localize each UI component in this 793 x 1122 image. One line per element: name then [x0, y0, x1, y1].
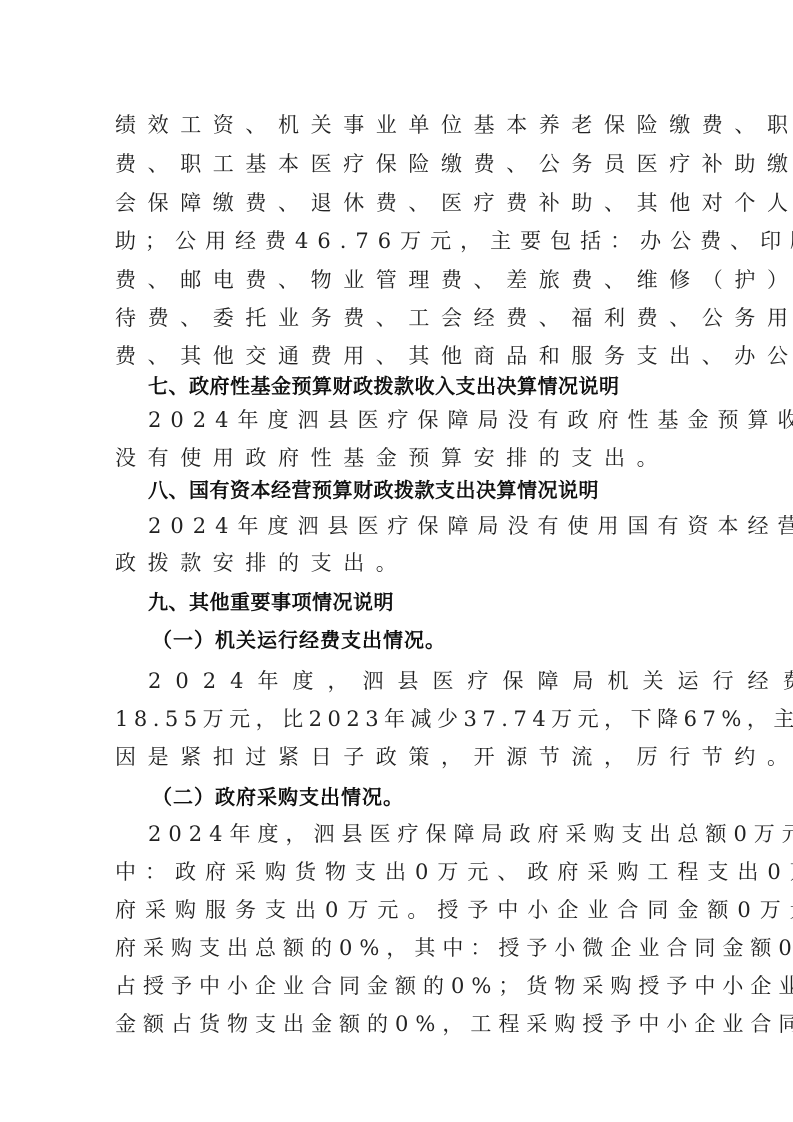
- body-text-line: 府采购支出总额的0%，其中：授予小微企业合同金额0万元，: [115, 933, 685, 963]
- body-text-line: 中：政府采购货物支出0万元、政府采购工程支出0万元、政: [115, 857, 685, 887]
- body-text-line: 因是紧扣过紧日子政策，开源节流，厉行节约。: [115, 742, 685, 772]
- body-text-line: 府采购服务支出0万元。授予中小企业合同金额0万元，占政: [115, 895, 685, 925]
- body-text-line: 2024年度，泗县医疗保障局机关运行经费支出: [148, 666, 688, 696]
- body-text-line: 费、邮电费、物业管理费、差旅费、维修（护）费、公务接: [115, 265, 685, 295]
- body-text-line: 政拨款安排的支出。: [115, 548, 685, 578]
- body-text-line: 金额占货物支出金额的0%，工程采购授予中小企业合同金额: [115, 1009, 685, 1039]
- section-heading-8: 八、国有资本经营预算财政拨款支出决算情况说明: [148, 475, 599, 505]
- body-text-line: 会保障缴费、退休费、医疗费补助、其他对个人和家庭的补: [115, 188, 685, 218]
- document-page: 绩效工资、机关事业单位基本养老保险缴费、职业年金缴 费、职工基本医疗保险缴费、公…: [0, 0, 793, 1122]
- subsection-heading-1: （一）机关运行经费支出情况。: [152, 625, 446, 655]
- body-text-line: 费、职工基本医疗保险缴费、公务员医疗补助缴费、其他社: [115, 149, 685, 179]
- body-text-line: 待费、委托业务费、工会经费、福利费、公务用车运行维护: [115, 303, 685, 333]
- body-text-line: 没有使用政府性基金预算安排的支出。: [115, 443, 685, 473]
- body-text-line: 18.55万元，比2023年减少37.74万元，下降67%，主要原: [115, 704, 685, 734]
- body-text-line: 助；公用经费46.76万元，主要包括：办公费、印刷费、电: [115, 226, 685, 256]
- section-heading-7: 七、政府性基金预算财政拨款收入支出决算情况说明: [148, 371, 620, 401]
- section-heading-9: 九、其他重要事项情况说明: [148, 587, 394, 617]
- body-text-line: 占授予中小企业合同金额的0%；货物采购授予中小企业合同: [115, 971, 685, 1001]
- body-text-line: 费、其他交通费用、其他商品和服务支出、办公设备购置。: [115, 341, 685, 371]
- body-text-line: 绩效工资、机关事业单位基本养老保险缴费、职业年金缴: [115, 110, 685, 140]
- body-text-line: 2024年度，泗县医疗保障局政府采购支出总额0万元，其: [148, 819, 688, 849]
- body-text-line: 2024年度泗县医疗保障局没有使用国有资本经营预算财: [148, 511, 688, 541]
- body-text-line: 2024年度泗县医疗保障局没有政府性基金预算收入，也: [148, 405, 688, 435]
- subsection-heading-2: （二）政府采购支出情况。: [152, 782, 404, 812]
